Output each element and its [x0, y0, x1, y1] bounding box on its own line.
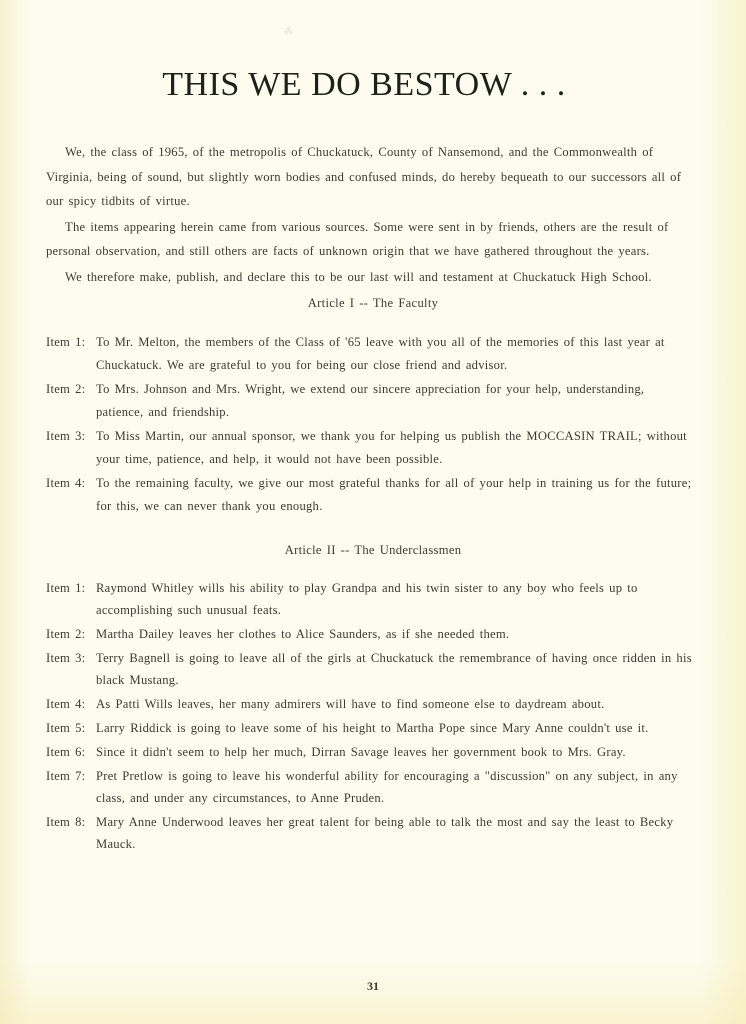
item-text: Pret Pretlow is going to leave his wonde…	[96, 765, 696, 809]
item-label: Item 7:	[46, 765, 96, 809]
list-item: Item 1: Raymond Whitley wills his abilit…	[46, 577, 696, 621]
list-item: Item 3: To Miss Martin, our annual spons…	[46, 425, 696, 470]
page-number: 31	[0, 979, 746, 994]
item-text: Terry Bagnell is going to leave all of t…	[96, 647, 696, 691]
article-heading-faculty: Article I -- The Faculty	[0, 296, 746, 311]
list-item: Item 2: To Mrs. Johnson and Mrs. Wright,…	[46, 378, 696, 423]
list-item: Item 4: To the remaining faculty, we giv…	[46, 472, 696, 517]
list-item: Item 5: Larry Riddick is going to leave …	[46, 717, 696, 739]
item-text: Since it didn't seem to help her much, D…	[96, 741, 696, 763]
intro-section: We, the class of 1965, of the metropolis…	[46, 140, 698, 289]
list-item: Item 4: As Patti Wills leaves, her many …	[46, 693, 696, 715]
item-label: Item 5:	[46, 717, 96, 739]
article-items-faculty: Item 1: To Mr. Melton, the members of th…	[46, 331, 696, 519]
intro-paragraph: The items appearing herein came from var…	[46, 215, 698, 264]
item-label: Item 2:	[46, 378, 96, 423]
item-text: To the remaining faculty, we give our mo…	[96, 472, 696, 517]
intro-paragraph: We, the class of 1965, of the metropolis…	[46, 140, 698, 214]
item-label: Item 3:	[46, 647, 96, 691]
item-text: Martha Dailey leaves her clothes to Alic…	[96, 623, 696, 645]
item-text: Larry Riddick is going to leave some of …	[96, 717, 696, 739]
item-label: Item 4:	[46, 693, 96, 715]
list-item: Item 1: To Mr. Melton, the members of th…	[46, 331, 696, 376]
yearbook-page: ⁂ THIS WE DO BESTOW . . . We, the class …	[0, 0, 746, 1024]
intro-paragraph: We therefore make, publish, and declare …	[46, 265, 698, 290]
item-text: Raymond Whitley wills his ability to pla…	[96, 577, 696, 621]
item-text: Mary Anne Underwood leaves her great tal…	[96, 811, 696, 855]
item-text: To Miss Martin, our annual sponsor, we t…	[96, 425, 696, 470]
item-text: To Mr. Melton, the members of the Class …	[96, 331, 696, 376]
page-title: THIS WE DO BESTOW . . .	[0, 66, 746, 104]
print-smudge-mark: ⁂	[284, 25, 296, 65]
list-item: Item 2: Martha Dailey leaves her clothes…	[46, 623, 696, 645]
item-text: To Mrs. Johnson and Mrs. Wright, we exte…	[96, 378, 696, 423]
item-label: Item 2:	[46, 623, 96, 645]
article-heading-underclassmen: Article II -- The Underclassmen	[0, 543, 746, 558]
page-title-text: THIS WE DO BESTOW . . .	[162, 66, 565, 103]
item-label: Item 8:	[46, 811, 96, 855]
item-label: Item 1:	[46, 577, 96, 621]
item-label: Item 3:	[46, 425, 96, 470]
list-item: Item 3: Terry Bagnell is going to leave …	[46, 647, 696, 691]
list-item: Item 8: Mary Anne Underwood leaves her g…	[46, 811, 696, 855]
item-label: Item 4:	[46, 472, 96, 517]
item-text: As Patti Wills leaves, her many admirers…	[96, 693, 696, 715]
list-item: Item 6: Since it didn't seem to help her…	[46, 741, 696, 763]
article-items-underclassmen: Item 1: Raymond Whitley wills his abilit…	[46, 577, 696, 857]
item-label: Item 1:	[46, 331, 96, 376]
item-label: Item 6:	[46, 741, 96, 763]
list-item: Item 7: Pret Pretlow is going to leave h…	[46, 765, 696, 809]
